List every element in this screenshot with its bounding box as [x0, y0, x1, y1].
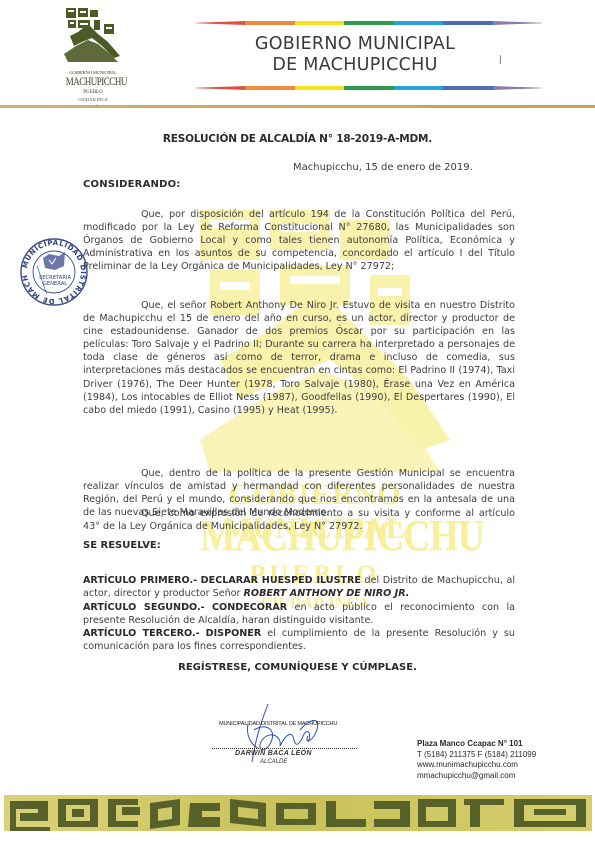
rainbow-band-bottom [196, 86, 542, 90]
article-label: ARTÍCULO PRIMERO.- [83, 575, 197, 586]
municipal-logo: GOBIERNO MUNICIPAL MACHUPICCHU PUEBLO CI… [58, 6, 128, 118]
band-segment [394, 21, 443, 25]
article-primero: ARTÍCULO PRIMERO.- DECLARAR HUESPED ILUS… [83, 574, 515, 601]
contact-phones: T (5184) 211375 F (5184) 211099 [417, 750, 536, 761]
closing-formula: REGÍSTRESE, COMUNÍQUESE Y CÚMPLASE. [0, 662, 595, 673]
rainbow-band-top [196, 21, 542, 25]
honoree-name: ROBERT ANTHONY DE NIRO JR. [244, 588, 410, 599]
band-segment [344, 86, 393, 90]
pen-mark-icon: ⁄ [497, 55, 504, 65]
band-segment [295, 21, 344, 25]
considerando-paragraph-1: Que, por disposición del artículo 194 de… [83, 208, 515, 273]
government-title: GOBIERNO MUNICIPAL DE MACHUPICCHU [220, 34, 490, 76]
official-seal-icon: MUNICIPALIDAD DISTRITAL DE MACHUPICCHU S… [19, 236, 89, 308]
mayor-signature-block: MUNICIPALIDAD DISTRITAL DE MACHUPICCHU D… [200, 700, 360, 770]
band-segment [344, 21, 393, 25]
articles-section: ARTÍCULO PRIMERO.- DECLARAR HUESPED ILUS… [83, 574, 515, 654]
logo-line-2: MACHUPICCHU [66, 76, 121, 88]
band-segment [443, 86, 492, 90]
article-tercero: ARTÍCULO TERCERO.- DISPONER el cumplimie… [83, 627, 515, 654]
secretary-stamp: MUNICIPALIDAD DISTRITAL DE MACHUPICCHU S… [19, 236, 89, 308]
contact-info: Plaza Manco Ccapac N° 101 T (5184) 21137… [417, 739, 536, 781]
inca-frieze-footer [4, 793, 592, 833]
band-segment [196, 86, 245, 90]
signature-line [212, 748, 357, 749]
svg-text:GENERAL: GENERAL [43, 281, 67, 287]
government-title-line-1: GOBIERNO MUNICIPAL [220, 34, 490, 55]
signature-institution: MUNICIPALIDAD DISTRITAL DE MACHUPICCHU [219, 721, 337, 727]
band-segment [295, 86, 344, 90]
band-segment [493, 86, 542, 90]
signatory-role: ALCALDE [260, 759, 287, 765]
logo-line-4: CIUDAD INCA [58, 97, 128, 102]
resolution-title: RESOLUCIÓN DE ALCALDÍA N° 18-2019-A-MDM. [0, 133, 595, 145]
article-verb: CONDECORAR [212, 602, 287, 613]
logo-line-1: GOBIERNO MUNICIPAL [58, 70, 128, 75]
paragraph-text: Que, como expresión de reconocimiento a … [83, 507, 515, 533]
inca-frieze-pattern-icon [4, 793, 592, 833]
considerando-heading: CONSIDERANDO: [83, 179, 180, 190]
article-verb: DECLARAR HUESPED ILUSTRE [201, 575, 361, 586]
document-date: Machupicchu, 15 de enero de 2019. [293, 162, 473, 173]
article-segundo: ARTÍCULO SEGUNDO.- CONDECORAR en acto pú… [83, 601, 515, 628]
band-segment [493, 21, 542, 25]
se-resuelve-heading: SE RESUELVE: [83, 540, 161, 551]
considerando-paragraph-2: Que, el señor Robert Anthony De Niro Jr.… [83, 299, 515, 417]
logo-line-3: PUEBLO [58, 90, 128, 95]
header-divider [0, 105, 595, 108]
government-title-line-2: DE MACHUPICCHU [220, 55, 490, 76]
article-verb: DISPONER [206, 628, 262, 639]
article-label: ARTÍCULO SEGUNDO.- [83, 602, 205, 613]
signatory-name: DARWIN BACA LEÓN [235, 750, 312, 757]
band-segment [443, 21, 492, 25]
considerando-paragraph-4: Que, como expresión de reconocimiento a … [83, 507, 515, 533]
article-label: ARTÍCULO TERCERO.- [83, 628, 200, 639]
contact-website[interactable]: www.munimachupicchu.com [417, 760, 536, 771]
contact-address: Plaza Manco Ccapac N° 101 [417, 739, 536, 750]
band-segment [245, 86, 294, 90]
band-segment [394, 86, 443, 90]
band-segment [196, 21, 245, 25]
paragraph-text: Que, por disposición del artículo 194 de… [83, 208, 515, 273]
band-segment [245, 21, 294, 25]
machupicchu-emblem-icon [58, 6, 128, 68]
paragraph-text: Que, el señor Robert Anthony De Niro Jr.… [83, 299, 515, 417]
contact-email[interactable]: mmachupicchu@gmail.com [417, 771, 536, 782]
